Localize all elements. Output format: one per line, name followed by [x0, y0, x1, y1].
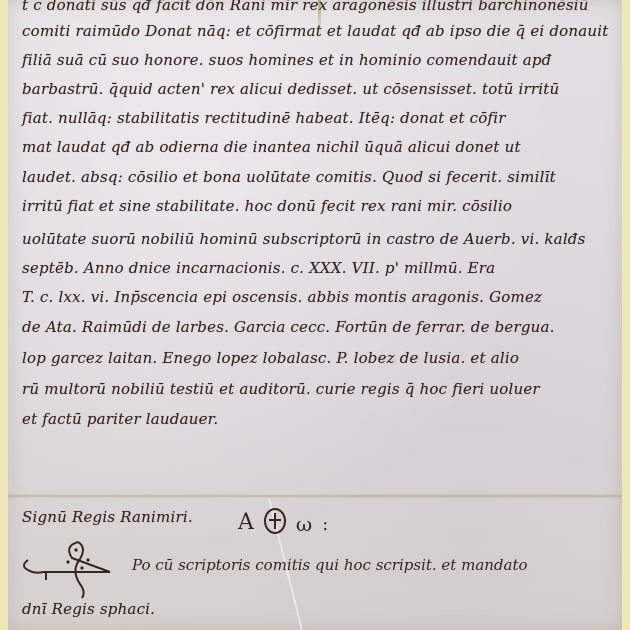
manuscript-line-15: et factū pariter laudauer. — [22, 410, 218, 428]
royal-signature-marks: A ω : — [238, 474, 328, 534]
manuscript-line-13: lop garcez laitan. Enego lopez lobalasc.… — [22, 349, 519, 367]
manuscript-line-3: filiā suā cū suo honore. suos homines et… — [22, 51, 551, 69]
manuscript-line-7: laudet. absq: cōsilio et bona uolūtate c… — [22, 168, 556, 186]
manuscript-photo: t c donati sūs qđ facit dōn Rani mir rex… — [0, 0, 630, 630]
manuscript-line-1: t c donati sūs qđ facit dōn Rani mir rex… — [22, 0, 589, 14]
manuscript-line-14: rū multorū nobiliū testiū et auditorū. c… — [22, 380, 540, 398]
scribe-attestation: Po cū scriptoris comitis qui hoc scripsi… — [132, 556, 528, 574]
manuscript-line-6: mat laudat qđ ab odierna die inantea nic… — [22, 138, 521, 156]
scribe-attestation-continuation: dnī Regis sphaci. — [22, 600, 155, 618]
colon-mark: : — [322, 516, 328, 534]
manuscript-line-9: uolūtate suorū nobiliū hominū subscripto… — [22, 230, 586, 248]
manuscript-line-8: irritū fiat et sine stabilitate. hoc don… — [22, 197, 512, 215]
royal-signature-label: Signū Regis Ranimiri. — [22, 508, 193, 526]
signum-a-mark: A — [238, 512, 254, 534]
manuscript-line-4: barbastrū. q̄quid acten' rex alicui dedi… — [22, 80, 559, 98]
manuscript-line-2: comiti raimūdo Donat nāq: et cōfirmat et… — [22, 22, 609, 40]
manuscript-line-11: T. c. lxx. vi. Inp̄scencia epi oscensis.… — [22, 288, 542, 306]
manuscript-line-12: de Ata. Raimūdi de larbes. Garcia cecc. … — [22, 318, 555, 336]
scribe-monogram-icon — [18, 540, 128, 600]
omega-mark: ω — [296, 514, 312, 534]
manuscript-line-5: fiat. nullāq: stabilitatis rectitudinē h… — [22, 109, 506, 127]
cross-in-circle-icon — [264, 508, 286, 534]
manuscript-line-10: septēb. Anno dnice incarnacionis. c. XXX… — [22, 259, 495, 277]
